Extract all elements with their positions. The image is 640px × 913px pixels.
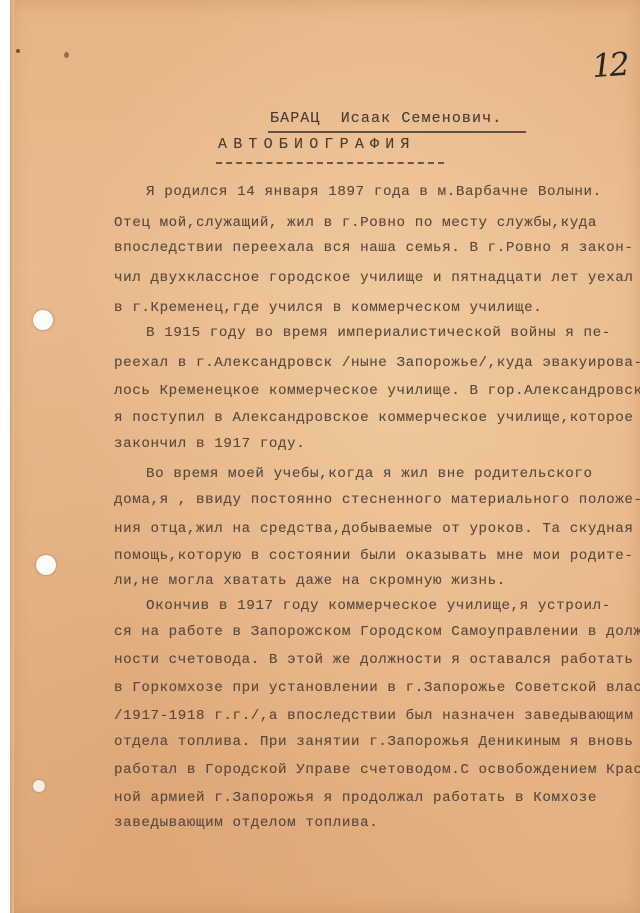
folio-number: 12	[591, 45, 628, 85]
text-line: в Горкомхозе при установлении в г.Запоро…	[114, 680, 640, 696]
punch-hole-icon	[36, 555, 56, 575]
name-underline	[268, 131, 526, 133]
text-line: реехал в г.Александровск /ныне Запорожье…	[114, 355, 640, 371]
text-line: в г.Кременец,где учился в коммерческом у…	[114, 300, 542, 316]
text-line: Во время моей учебы,когда я жил вне роди…	[146, 466, 593, 482]
text-line: Я родился 14 января 1897 года в м.Варбач…	[146, 184, 602, 200]
document-title: АВТОБИОГРАФИЯ	[218, 136, 416, 153]
text-line: ной армией г.Запорожья я продолжал работ…	[114, 790, 597, 806]
text-line: В 1915 году во время империалистической …	[146, 325, 611, 341]
text-line: работал в Городской Управе счетоводом.С …	[114, 762, 640, 778]
text-line: ности счетовода. В этой же должности я о…	[114, 652, 634, 668]
text-line: заведывающим отделом топлива.	[114, 815, 378, 831]
text-line: помощь,которую в состоянии были оказыват…	[114, 548, 634, 564]
punch-hole-icon	[33, 310, 53, 330]
text-line: ли,не могла хватать даже на скромную жиз…	[114, 573, 506, 589]
text-line: ся на работе в Запорожском Городском Сам…	[114, 624, 640, 640]
ink-speck	[16, 49, 20, 53]
text-line: Окончив в 1917 году коммерческое училище…	[146, 598, 611, 614]
title-underline	[216, 162, 444, 164]
ink-speck	[64, 52, 69, 58]
text-line: лось Кременецкое коммерческое училище. В…	[114, 383, 640, 399]
text-line: чил двухклассное городское училище и пят…	[114, 270, 634, 286]
text-line: впоследствии переехала вся наша семья. В…	[114, 240, 634, 256]
text-line: я поступил в Александровское коммерческо…	[114, 410, 634, 426]
text-line: отдела топлива. При занятии г.Запорожья …	[114, 734, 634, 750]
text-line: закончил в 1917 году.	[114, 436, 305, 452]
text-line: /1917-1918 г.г./,а впоследствии был назн…	[114, 708, 634, 724]
punch-hole-icon	[33, 780, 45, 792]
sheet-edge	[10, 0, 14, 913]
text-line: Отец мой,служащий, жил в г.Ровно по мест…	[114, 215, 597, 231]
author-name: БАРАЦ Исаак Семенович.	[270, 110, 502, 127]
text-line: ния отца,жил на средства,добываемые от у…	[114, 521, 634, 537]
text-line: дома,я , ввиду постоянно стесненного мат…	[114, 492, 640, 508]
